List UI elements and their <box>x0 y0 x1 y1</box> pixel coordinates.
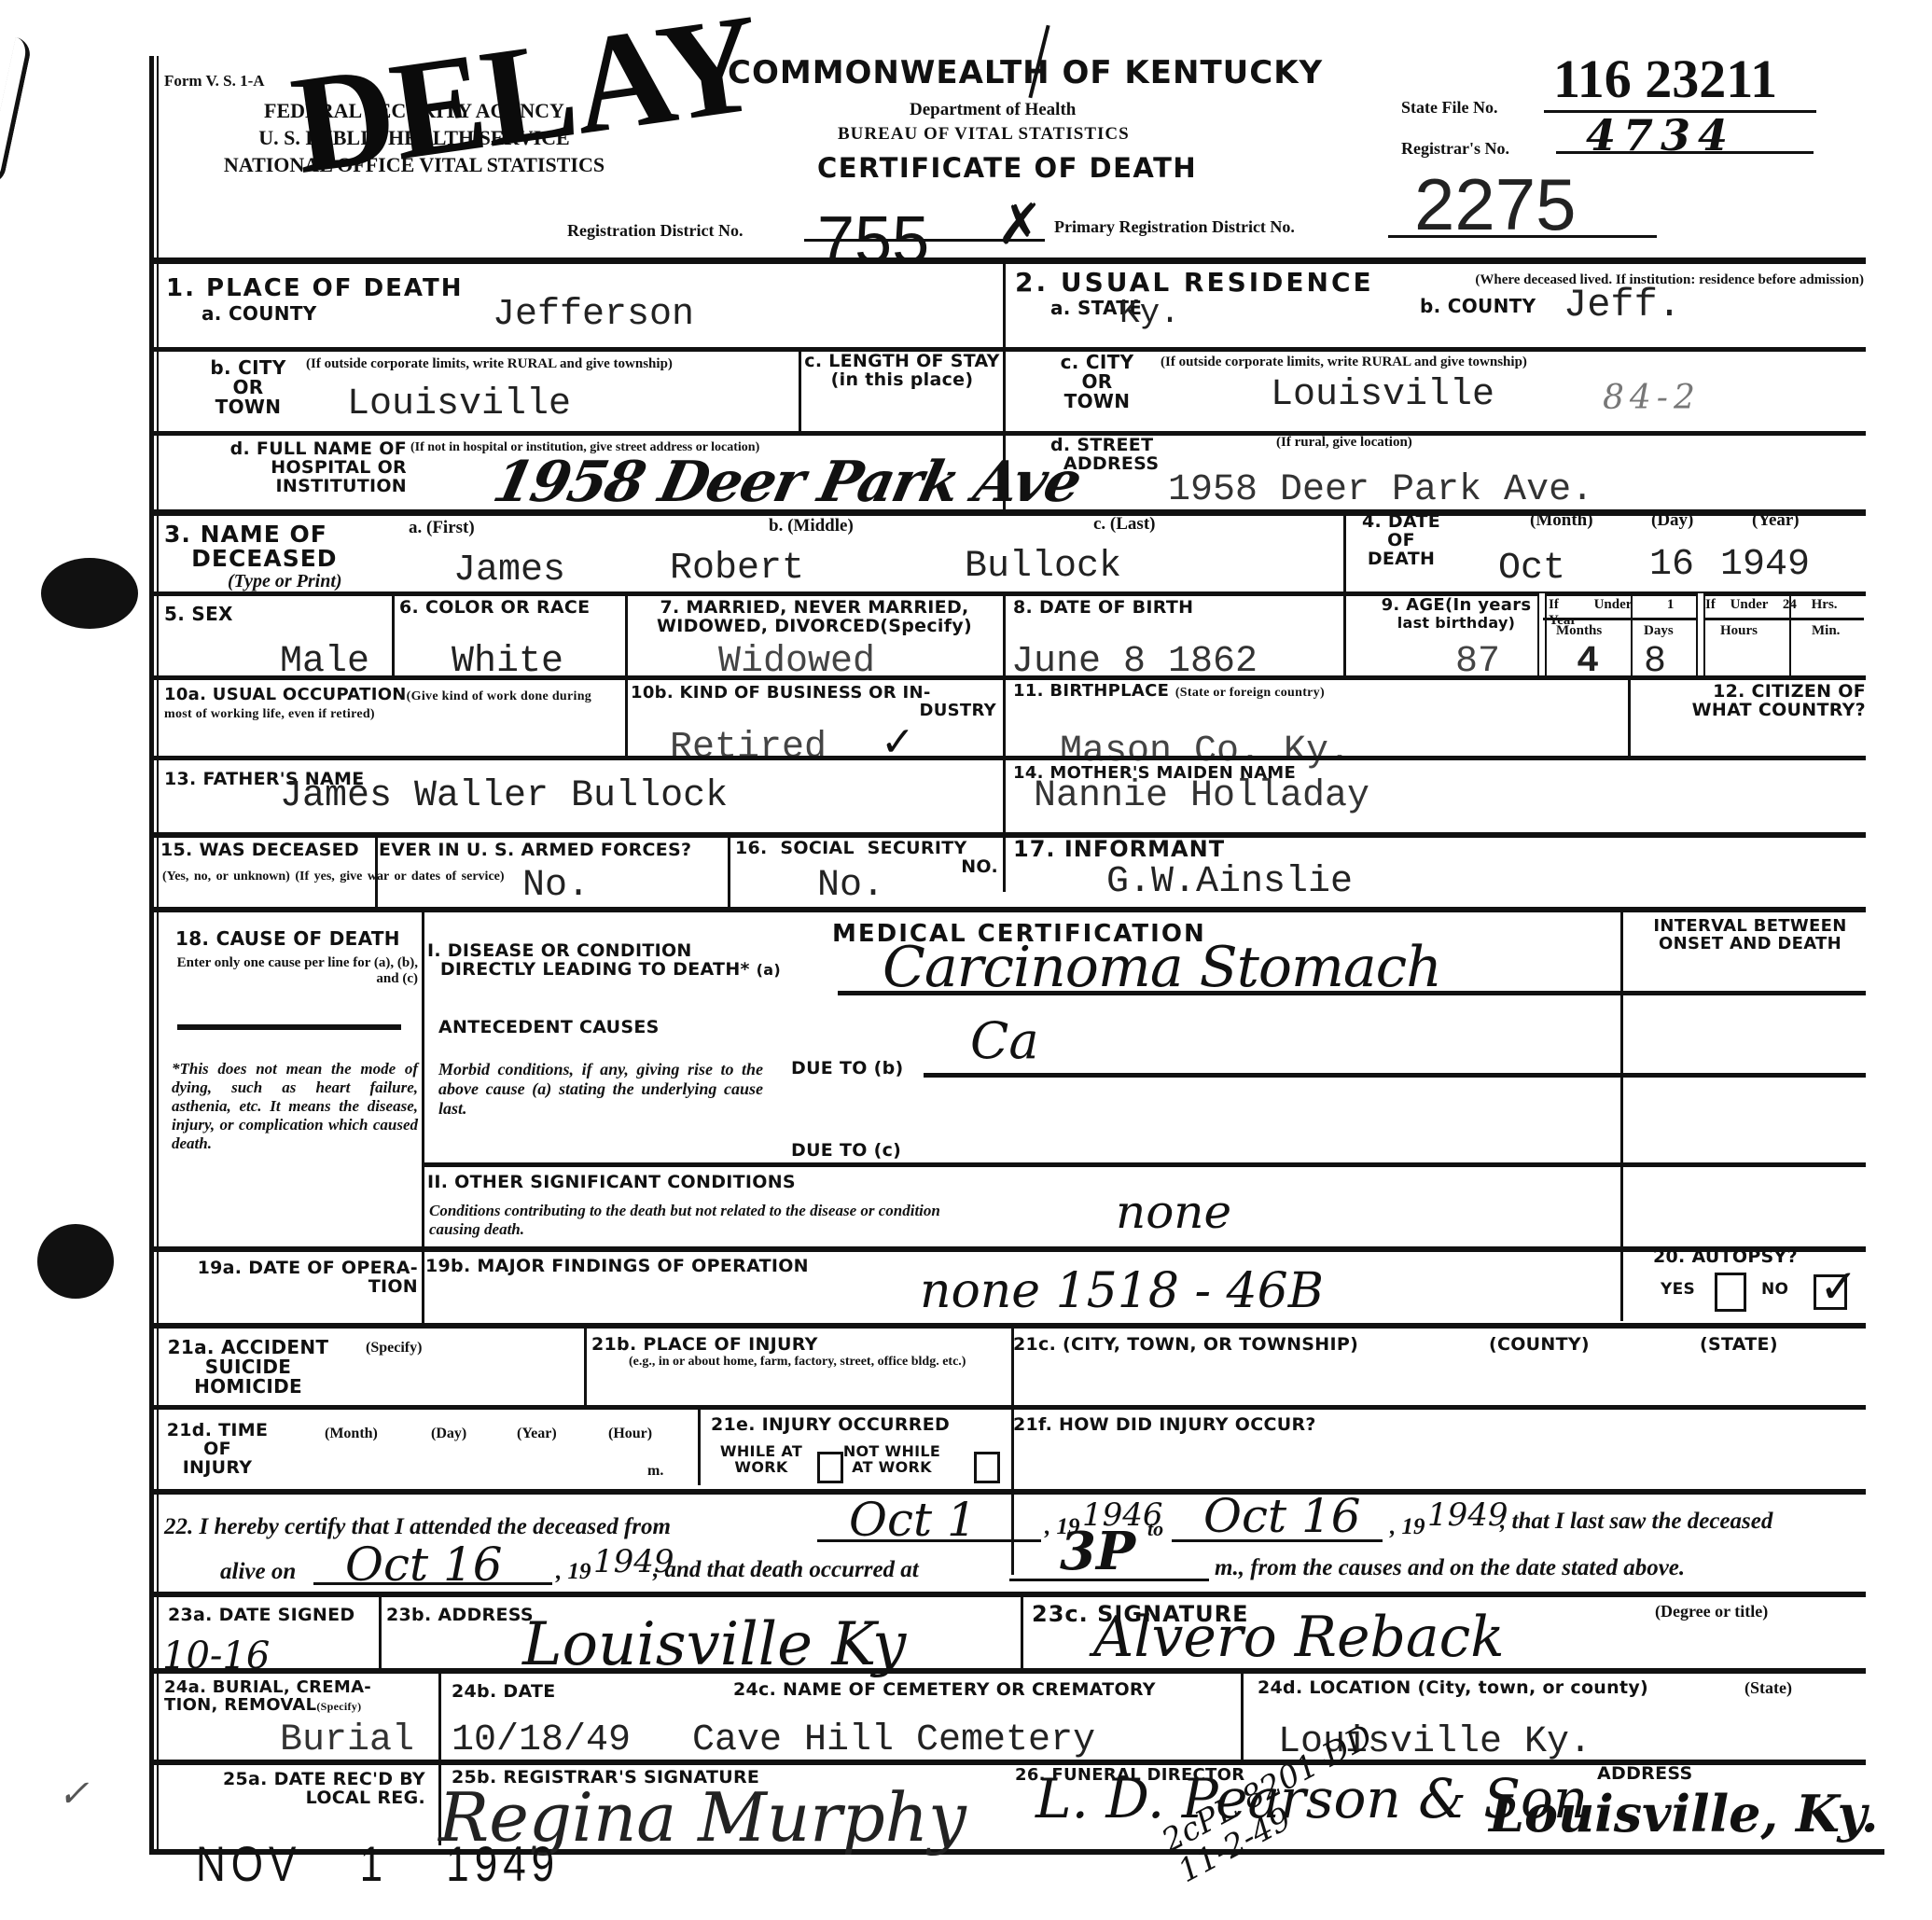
div-location <box>1241 1670 1244 1761</box>
div-marital <box>1003 593 1006 892</box>
middle-name-label: b. (Middle) <box>769 517 854 536</box>
due-b-value: Ca <box>970 1011 1039 1070</box>
place-county-value: Jefferson <box>493 297 694 334</box>
death-month-value: Oct <box>1498 550 1565 588</box>
informant-label: 17. INFORMANT <box>1013 838 1225 861</box>
autopsy-yes-label: YES <box>1661 1282 1695 1299</box>
rule-13 <box>154 756 1866 760</box>
street-label: d. STREET ADDRESS <box>1050 437 1159 474</box>
to-year-prefix: , 19 <box>1390 1513 1425 1541</box>
stay-label: c. LENGTH OF STAY (in this place) <box>804 353 1000 390</box>
under-24-label: If Under 24 Hrs. <box>1705 597 1866 613</box>
received-date-stamp: NOV 1 1949 <box>196 1837 560 1893</box>
state-title: COMMONWEALTH OF KENTUCKY <box>728 54 1323 91</box>
rule-19 <box>154 1246 1866 1252</box>
autopsy-no-checkmark: ✓ <box>1819 1259 1858 1314</box>
line-b <box>924 1073 1866 1078</box>
div-days <box>1631 593 1633 677</box>
injury-year-col: (Year) <box>517 1426 557 1442</box>
street-note: (If rural, give location) <box>1276 435 1412 451</box>
other-conditions-label: II. OTHER SIGNIFICANT CONDITIONS <box>427 1174 796 1192</box>
armed-forces-note: (Yes, no, or unknown) (If yes, give war … <box>162 870 505 883</box>
rule-21d <box>154 1405 1866 1410</box>
to-word: to <box>1147 1517 1163 1541</box>
occupation-label: 10a. USUAL OCCUPATION(Give kind of work … <box>164 687 621 722</box>
certificate-title: CERTIFICATE OF DEATH <box>817 152 1197 184</box>
immediate-cause-label: I. DISEASE OR CONDITION DIRECTLY LEADING… <box>427 942 781 980</box>
residence-state-value: Ky. <box>1119 297 1180 330</box>
first-name-value: James <box>453 552 565 590</box>
injury-how-label: 21f. HOW DID INJURY OCCUR? <box>1013 1416 1316 1435</box>
op-findings-value: none 1518 - 46B <box>920 1263 1324 1319</box>
street-value: 1958 Deer Park Ave. <box>1168 472 1593 509</box>
injury-hour-col: (Hour) <box>608 1426 652 1442</box>
from-date-value: Oct 1 <box>849 1493 977 1547</box>
race-label: 6. COLOR OR RACE <box>399 599 590 618</box>
op-date-label: 19a. DATE OF OPERA-TION <box>174 1259 418 1297</box>
left-frame-line <box>149 56 154 1852</box>
armed-forces-label-2: EVER IN U. S. ARMED FORCES? <box>379 842 691 860</box>
name-note: (Type or Print) <box>228 571 342 593</box>
injury-time-label: 21d. TIMEOFINJURY <box>166 1422 269 1478</box>
place-city-value: Louisville <box>347 386 571 424</box>
div-under24 <box>1696 593 1705 677</box>
place-city-label: b. CITYORTOWN <box>202 358 295 417</box>
div-interval <box>1620 911 1623 1321</box>
primary-district-label: Primary Registration District No. <box>1054 218 1295 237</box>
injury-occurred-label: 21e. INJURY OCCURRED <box>711 1416 950 1435</box>
injury-day-col: (Day) <box>431 1426 466 1442</box>
business-value: Retired <box>670 730 827 767</box>
due-c-label: DUE TO (c) <box>791 1142 901 1161</box>
location-label: 24d. LOCATION (City, town, or county) <box>1258 1679 1648 1698</box>
div-dob <box>1343 593 1346 677</box>
not-at-work-checkbox[interactable] <box>974 1452 1000 1483</box>
injury-specify: (Specify) <box>366 1340 422 1357</box>
to-date-value: Oct 16 <box>1203 1489 1361 1543</box>
death-year-value: 1949 <box>1720 547 1810 584</box>
stay-divider <box>799 349 801 433</box>
age-label: 9. AGE(In yearslast birthday) <box>1371 597 1541 633</box>
residence-city-note: (If outside corporate limits, write RURA… <box>1161 355 1527 370</box>
at-work-label: WHILE ATWORK <box>705 1444 817 1476</box>
burial-date-label: 24b. DATE <box>452 1683 556 1702</box>
rule-10 <box>154 675 1866 680</box>
div-injury-occurred <box>698 1407 701 1485</box>
cemetery-value: Cave Hill Cemetery <box>692 1722 1095 1760</box>
residence-county-value: Jeff. <box>1564 285 1681 325</box>
marital-label: 7. MARRIED, NEVER MARRIED,WIDOWED, DIVOR… <box>629 599 1000 636</box>
alive-year-prefix: , 19 <box>556 1558 591 1586</box>
rule-5 <box>154 591 1866 596</box>
burial-date-value: 10/18/49 <box>452 1722 631 1760</box>
injury-county-label: (COUNTY) <box>1489 1336 1590 1355</box>
last-name-value: Bullock <box>965 549 1121 586</box>
rule-1d <box>154 431 1866 436</box>
burial-type-value: Burial <box>280 1722 414 1760</box>
op-findings-label: 19b. MAJOR FINDINGS OF OPERATION <box>425 1258 809 1276</box>
div-min <box>1789 593 1791 677</box>
father-value: James Waller Bullock <box>280 778 728 815</box>
scan-mark-left <box>0 37 33 187</box>
signature-value: Alvero Reback <box>1093 1605 1505 1670</box>
date-of-death-divider <box>1343 509 1346 593</box>
due-b-label: DUE TO (b) <box>791 1060 904 1078</box>
margin-check-mark: ✓ <box>58 1773 90 1816</box>
to-year-value: 1949 <box>1427 1496 1508 1534</box>
injury-state-label: (STATE) <box>1700 1336 1778 1355</box>
informant-value: G.W.Ainslie <box>1106 864 1353 901</box>
business-label: 10b. KIND OF BUSINESS OR IN-DUSTRY <box>631 685 996 720</box>
rule-1b <box>154 347 1866 352</box>
alive-date-value: Oct 16 <box>345 1537 503 1592</box>
reg-district-label: Registration District No. <box>567 222 743 241</box>
name-label: 3. NAME OF DECEASED <box>164 522 338 572</box>
punch-hole-2 <box>37 1224 114 1299</box>
first-name-label: a. (First) <box>409 519 475 538</box>
cause-label: 18. CAUSE OF DEATH <box>175 929 400 949</box>
rule-23 <box>154 1592 1866 1597</box>
birthplace-label: 11. BIRTHPLACE (State or foreign country… <box>1013 683 1325 701</box>
other-conditions-note: Conditions contributing to the death but… <box>429 1202 989 1239</box>
primary-district-underline <box>1388 235 1657 238</box>
days-label: Days <box>1644 623 1674 639</box>
reg-district-check: ✗ <box>996 192 1043 257</box>
div-cause <box>422 911 424 1329</box>
cause-note: Enter only one cause per line for (a), (… <box>174 955 418 986</box>
injury-city-label: 21c. (CITY, TOWN, OR TOWNSHIP) <box>1013 1336 1358 1355</box>
last-name-label: c. (Last) <box>1093 515 1155 535</box>
rule-top <box>154 257 1866 264</box>
rule-22 <box>154 1489 1866 1495</box>
autopsy-yes-checkbox[interactable] <box>1715 1273 1746 1312</box>
interval-label: INTERVAL BETWEEN ONSET AND DEATH <box>1634 918 1866 953</box>
cause-divider <box>177 1024 401 1030</box>
other-conditions-value: none <box>1116 1185 1231 1239</box>
left-frame-line-inner <box>157 56 159 1852</box>
department: Department of Health <box>910 101 1076 120</box>
dob-label: 8. DATE OF BIRTH <box>1013 599 1193 618</box>
div-date-signed <box>379 1595 382 1672</box>
hospital-label: d. FULL NAME OFHOSPITAL ORINSTITUTION <box>202 440 407 496</box>
hours-label: Hours <box>1720 623 1758 639</box>
residence-city-label: c. CITYORTOWN <box>1050 353 1144 411</box>
rule-18 <box>154 907 1866 912</box>
death-year-label: (Year) <box>1752 511 1800 531</box>
cert-text-2b: , and that death occurred at <box>653 1556 919 1584</box>
citizen-label: 12. CITIZEN OFWHAT COUNTRY? <box>1634 683 1866 720</box>
div-injury-place <box>584 1325 587 1407</box>
ssn-value: No. <box>817 868 884 905</box>
rule-3 <box>154 509 1866 516</box>
cert-text-2c: m., from the causes and on the date stat… <box>1215 1554 1685 1582</box>
div-signature <box>1021 1595 1023 1672</box>
rule-15 <box>154 832 1866 838</box>
degree-label: (Degree or title) <box>1655 1603 1768 1621</box>
registrar-label: Registrar's No. <box>1401 140 1509 159</box>
antecedent-note: Morbid conditions, if any, giving rise t… <box>438 1060 763 1120</box>
line-c <box>422 1162 1866 1167</box>
min-label: Min. <box>1812 623 1840 639</box>
form-id: Form V. S. 1-A <box>164 73 265 90</box>
state-file-label: State File No. <box>1401 99 1497 118</box>
rule-21 <box>154 1323 1866 1329</box>
received-label: 25a. DATE REC'D BYLOCAL REG. <box>164 1771 425 1808</box>
sex-label: 5. SEX <box>164 605 233 624</box>
div-ssn <box>728 836 730 911</box>
residence-county-label: b. COUNTY <box>1420 297 1536 316</box>
not-at-work-label: NOT WHILEAT WORK <box>838 1444 946 1476</box>
rule-24 <box>154 1668 1866 1674</box>
mother-value: Nannie Holladay <box>1034 778 1369 815</box>
director-address-value: Louisville, Ky. <box>1489 1784 1879 1843</box>
hospital-value: 1958 Deer Park Ave <box>488 450 1086 515</box>
div-sex <box>392 593 395 677</box>
burial-type-label: 24a. BURIAL, CREMA-TION, REMOVAL(Specify… <box>164 1679 371 1715</box>
place-county-label: a. COUNTY <box>202 304 317 324</box>
cert-text-2: alive on <box>220 1558 296 1586</box>
residence-label: 2. USUAL RESIDENCE <box>1015 269 1374 296</box>
location-state-label: (State) <box>1744 1679 1792 1698</box>
cert-text-1b: , that I last saw the deceased <box>1500 1508 1772 1536</box>
death-month-label: (Month) <box>1530 511 1593 531</box>
punch-hole-1 <box>41 558 138 629</box>
delay-stamp: DELAY <box>285 0 767 196</box>
date-signed-label: 23a. DATE SIGNED <box>168 1607 354 1625</box>
registrar-underline <box>1556 151 1814 154</box>
address-label: 23b. ADDRESS <box>386 1607 534 1625</box>
armed-forces-value: No. <box>522 868 590 905</box>
div-age <box>1537 593 1547 677</box>
director-address-label: ADDRESS <box>1597 1765 1692 1784</box>
place-city-note: (If outside corporate limits, write RURA… <box>306 356 787 372</box>
autopsy-label: 20. AUTOPSY? <box>1653 1248 1798 1267</box>
residence-city-value: Louisville <box>1271 377 1494 414</box>
middle-name-value: Robert <box>670 550 804 588</box>
death-day-label: (Day) <box>1651 511 1693 531</box>
state-file-value: 116 23211 <box>1553 52 1777 106</box>
place-of-death-label: 1. PLACE OF DEATH <box>166 276 464 301</box>
injury-place-label: 21b. PLACE OF INJURY <box>591 1336 818 1355</box>
months-label: Months <box>1556 623 1602 639</box>
primary-district-value: 2275 <box>1414 168 1577 241</box>
injury-type-label: 21a. ACCIDENTSUICIDEHOMICIDE <box>164 1338 332 1397</box>
injury-m: m. <box>647 1463 663 1480</box>
armed-forces-label: 15. WAS DECEASED <box>160 842 359 860</box>
bureau: BUREAU OF VITAL STATISTICS <box>838 125 1130 145</box>
autopsy-no-label: NO <box>1761 1282 1788 1299</box>
cemetery-label: 24c. NAME OF CEMETERY OR CREMATORY <box>733 1681 1156 1700</box>
injury-month-col: (Month) <box>325 1426 378 1442</box>
antecedent-label: ANTECEDENT CAUSES <box>438 1019 660 1037</box>
cause-footnote: *This does not mean the mode of dying, s… <box>172 1060 418 1153</box>
immediate-cause-value: Carcinoma Stomach <box>883 935 1441 1000</box>
div-injury-city <box>1011 1325 1014 1575</box>
death-time-value: 3P <box>1060 1521 1135 1582</box>
residence-city-code: 84-2 <box>1603 379 1701 417</box>
death-day-value: 16 <box>1649 547 1694 584</box>
date-of-death-label: 4. DATEOFDEATH <box>1355 513 1448 569</box>
div-citizen <box>1628 677 1631 756</box>
injury-place-note: (e.g., in or about home, farm, factory, … <box>629 1355 1002 1369</box>
